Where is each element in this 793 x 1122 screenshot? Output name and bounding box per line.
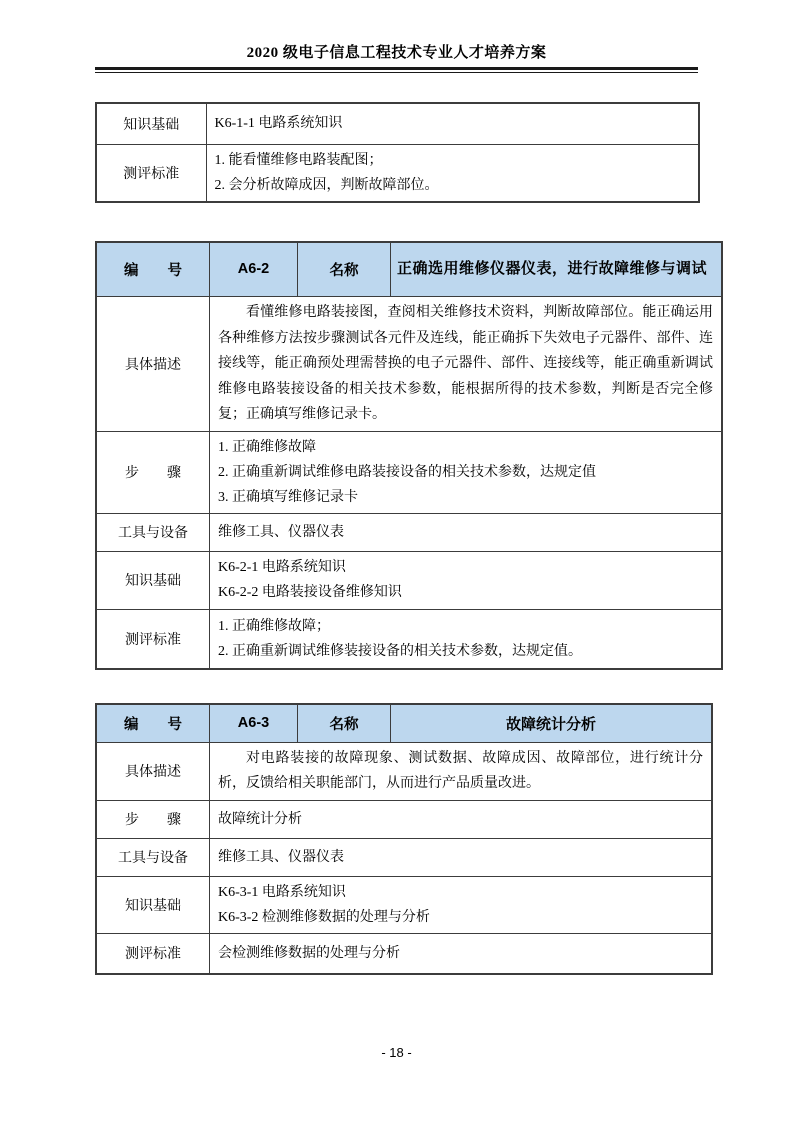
evaluation-cell: 1. 能看懂维修电路装配图； 2. 会分析故障成因，判断故障部位。 — [206, 144, 699, 202]
row-label-knowledge: 知识基础 — [96, 876, 210, 933]
knowledge-cell: K6-3-1 电路系统知识 K6-3-2 检测维修数据的处理与分析 — [210, 876, 713, 933]
row-label-tools: 工具与设备 — [96, 513, 210, 551]
description-paragraph: 看懂维修电路装接图，查阅相关维修技术资料，判断故障部位。能正确运用各种维修方法按… — [218, 300, 713, 428]
knowledge-cell: K6-2-1 电路系统知识 K6-2-2 电路装接设备维修知识 — [210, 551, 723, 609]
row-label-tools: 工具与设备 — [96, 838, 210, 876]
cell-line: K6-3-2 检测维修数据的处理与分析 — [218, 905, 703, 930]
page-number: - 18 - — [0, 1045, 793, 1060]
cell-line: 1. 能看懂维修电路装配图； — [215, 148, 691, 173]
id-value-cell: A6-3 — [210, 704, 298, 742]
table-row-evaluation: 测评标准 1. 能看懂维修电路装配图； 2. 会分析故障成因，判断故障部位。 — [96, 144, 699, 202]
table-header-row: 编 号 A6-3 名称 故障统计分析 — [96, 704, 712, 742]
cell-line: 故障统计分析 — [218, 807, 703, 832]
cell-line: 1. 正确维修故障 — [218, 435, 713, 460]
header-double-rule — [95, 67, 698, 73]
table-row-evaluation: 测评标准 1. 正确维修故障； 2. 正确重新调试维修装接设备的相关技术参数，达… — [96, 609, 722, 669]
doc-header-title: 2020 级电子信息工程技术专业人才培养方案 — [0, 0, 793, 62]
table-row-evaluation: 测评标准 会检测维修数据的处理与分析 — [96, 933, 712, 974]
id-value-cell: A6-2 — [210, 242, 298, 297]
table-row-tools: 工具与设备 维修工具、仪器仪表 — [96, 838, 712, 876]
row-label-knowledge: 知识基础 — [96, 551, 210, 609]
row-label-evaluation: 测评标准 — [96, 933, 210, 974]
tools-cell: 维修工具、仪器仪表 — [210, 838, 713, 876]
name-label-cell: 名称 — [298, 242, 391, 297]
table-row-description: 具体描述 对电路装接的故障现象、测试数据、故障成因、故障部位，进行统计分析，反馈… — [96, 742, 712, 800]
cell-line: 1. 正确维修故障； — [218, 614, 713, 639]
table-a6-2: 编 号 A6-2 名称 正确选用维修仪器仪表，进行故障维修与调试 具体描述 看懂… — [95, 241, 723, 671]
row-label-evaluation: 测评标准 — [96, 144, 206, 202]
row-label-knowledge: 知识基础 — [96, 103, 206, 144]
row-label-steps: 步 骤 — [96, 431, 210, 513]
steps-cell: 1. 正确维修故障 2. 正确重新调试维修电路装接设备的相关技术参数，达规定值 … — [210, 431, 723, 513]
table-a6-3: 编 号 A6-3 名称 故障统计分析 具体描述 对电路装接的故障现象、测试数据、… — [95, 703, 713, 975]
id-label-cell: 编 号 — [96, 242, 210, 297]
cell-line: 维修工具、仪器仪表 — [218, 520, 713, 545]
cell-line: 3. 正确填写维修记录卡 — [218, 485, 713, 510]
table-row-knowledge: 知识基础 K6-3-1 电路系统知识 K6-3-2 检测维修数据的处理与分析 — [96, 876, 712, 933]
row-label-description: 具体描述 — [96, 742, 210, 800]
cell-line: 2. 会分析故障成因，判断故障部位。 — [215, 173, 691, 198]
id-label-cell: 编 号 — [96, 704, 210, 742]
cell-line: K6-2-2 电路装接设备维修知识 — [218, 580, 713, 605]
row-label-description: 具体描述 — [96, 297, 210, 432]
cell-line: K6-3-1 电路系统知识 — [218, 880, 703, 905]
row-label-evaluation: 测评标准 — [96, 609, 210, 669]
description-cell: 看懂维修电路装接图，查阅相关维修技术资料，判断故障部位。能正确运用各种维修方法按… — [210, 297, 723, 432]
cell-line: 维修工具、仪器仪表 — [218, 845, 703, 870]
table-row-steps: 步 骤 故障统计分析 — [96, 800, 712, 838]
cell-line: 会检测维修数据的处理与分析 — [218, 941, 703, 966]
cell-line: 2. 正确重新调试维修装接设备的相关技术参数，达规定值。 — [218, 639, 713, 664]
table-k6-1: 知识基础 K6-1-1 电路系统知识 测评标准 1. 能看懂维修电路装配图； 2… — [95, 102, 700, 203]
name-label-cell: 名称 — [298, 704, 391, 742]
task-title-cell: 正确选用维修仪器仪表，进行故障维修与调试 — [391, 242, 723, 297]
table-row-steps: 步 骤 1. 正确维修故障 2. 正确重新调试维修电路装接设备的相关技术参数，达… — [96, 431, 722, 513]
description-cell: 对电路装接的故障现象、测试数据、故障成因、故障部位，进行统计分析，反馈给相关职能… — [210, 742, 713, 800]
evaluation-cell: 会检测维修数据的处理与分析 — [210, 933, 713, 974]
tools-cell: 维修工具、仪器仪表 — [210, 513, 723, 551]
task-title-cell: 故障统计分析 — [391, 704, 713, 742]
knowledge-cell: K6-1-1 电路系统知识 — [206, 103, 699, 144]
cell-line: K6-2-1 电路系统知识 — [218, 555, 713, 580]
cell-line: K6-1-1 电路系统知识 — [215, 111, 691, 136]
table-row-tools: 工具与设备 维修工具、仪器仪表 — [96, 513, 722, 551]
evaluation-cell: 1. 正确维修故障； 2. 正确重新调试维修装接设备的相关技术参数，达规定值。 — [210, 609, 723, 669]
table-header-row: 编 号 A6-2 名称 正确选用维修仪器仪表，进行故障维修与调试 — [96, 242, 722, 297]
table-row-knowledge: 知识基础 K6-1-1 电路系统知识 — [96, 103, 699, 144]
table-row-description: 具体描述 看懂维修电路装接图，查阅相关维修技术资料，判断故障部位。能正确运用各种… — [96, 297, 722, 432]
document-page: 2020 级电子信息工程技术专业人才培养方案 知识基础 K6-1-1 电路系统知… — [0, 0, 793, 1122]
description-paragraph: 对电路装接的故障现象、测试数据、故障成因、故障部位，进行统计分析，反馈给相关职能… — [218, 746, 703, 797]
row-label-steps: 步 骤 — [96, 800, 210, 838]
cell-line: 2. 正确重新调试维修电路装接设备的相关技术参数，达规定值 — [218, 460, 713, 485]
table-row-knowledge: 知识基础 K6-2-1 电路系统知识 K6-2-2 电路装接设备维修知识 — [96, 551, 722, 609]
steps-cell: 故障统计分析 — [210, 800, 713, 838]
